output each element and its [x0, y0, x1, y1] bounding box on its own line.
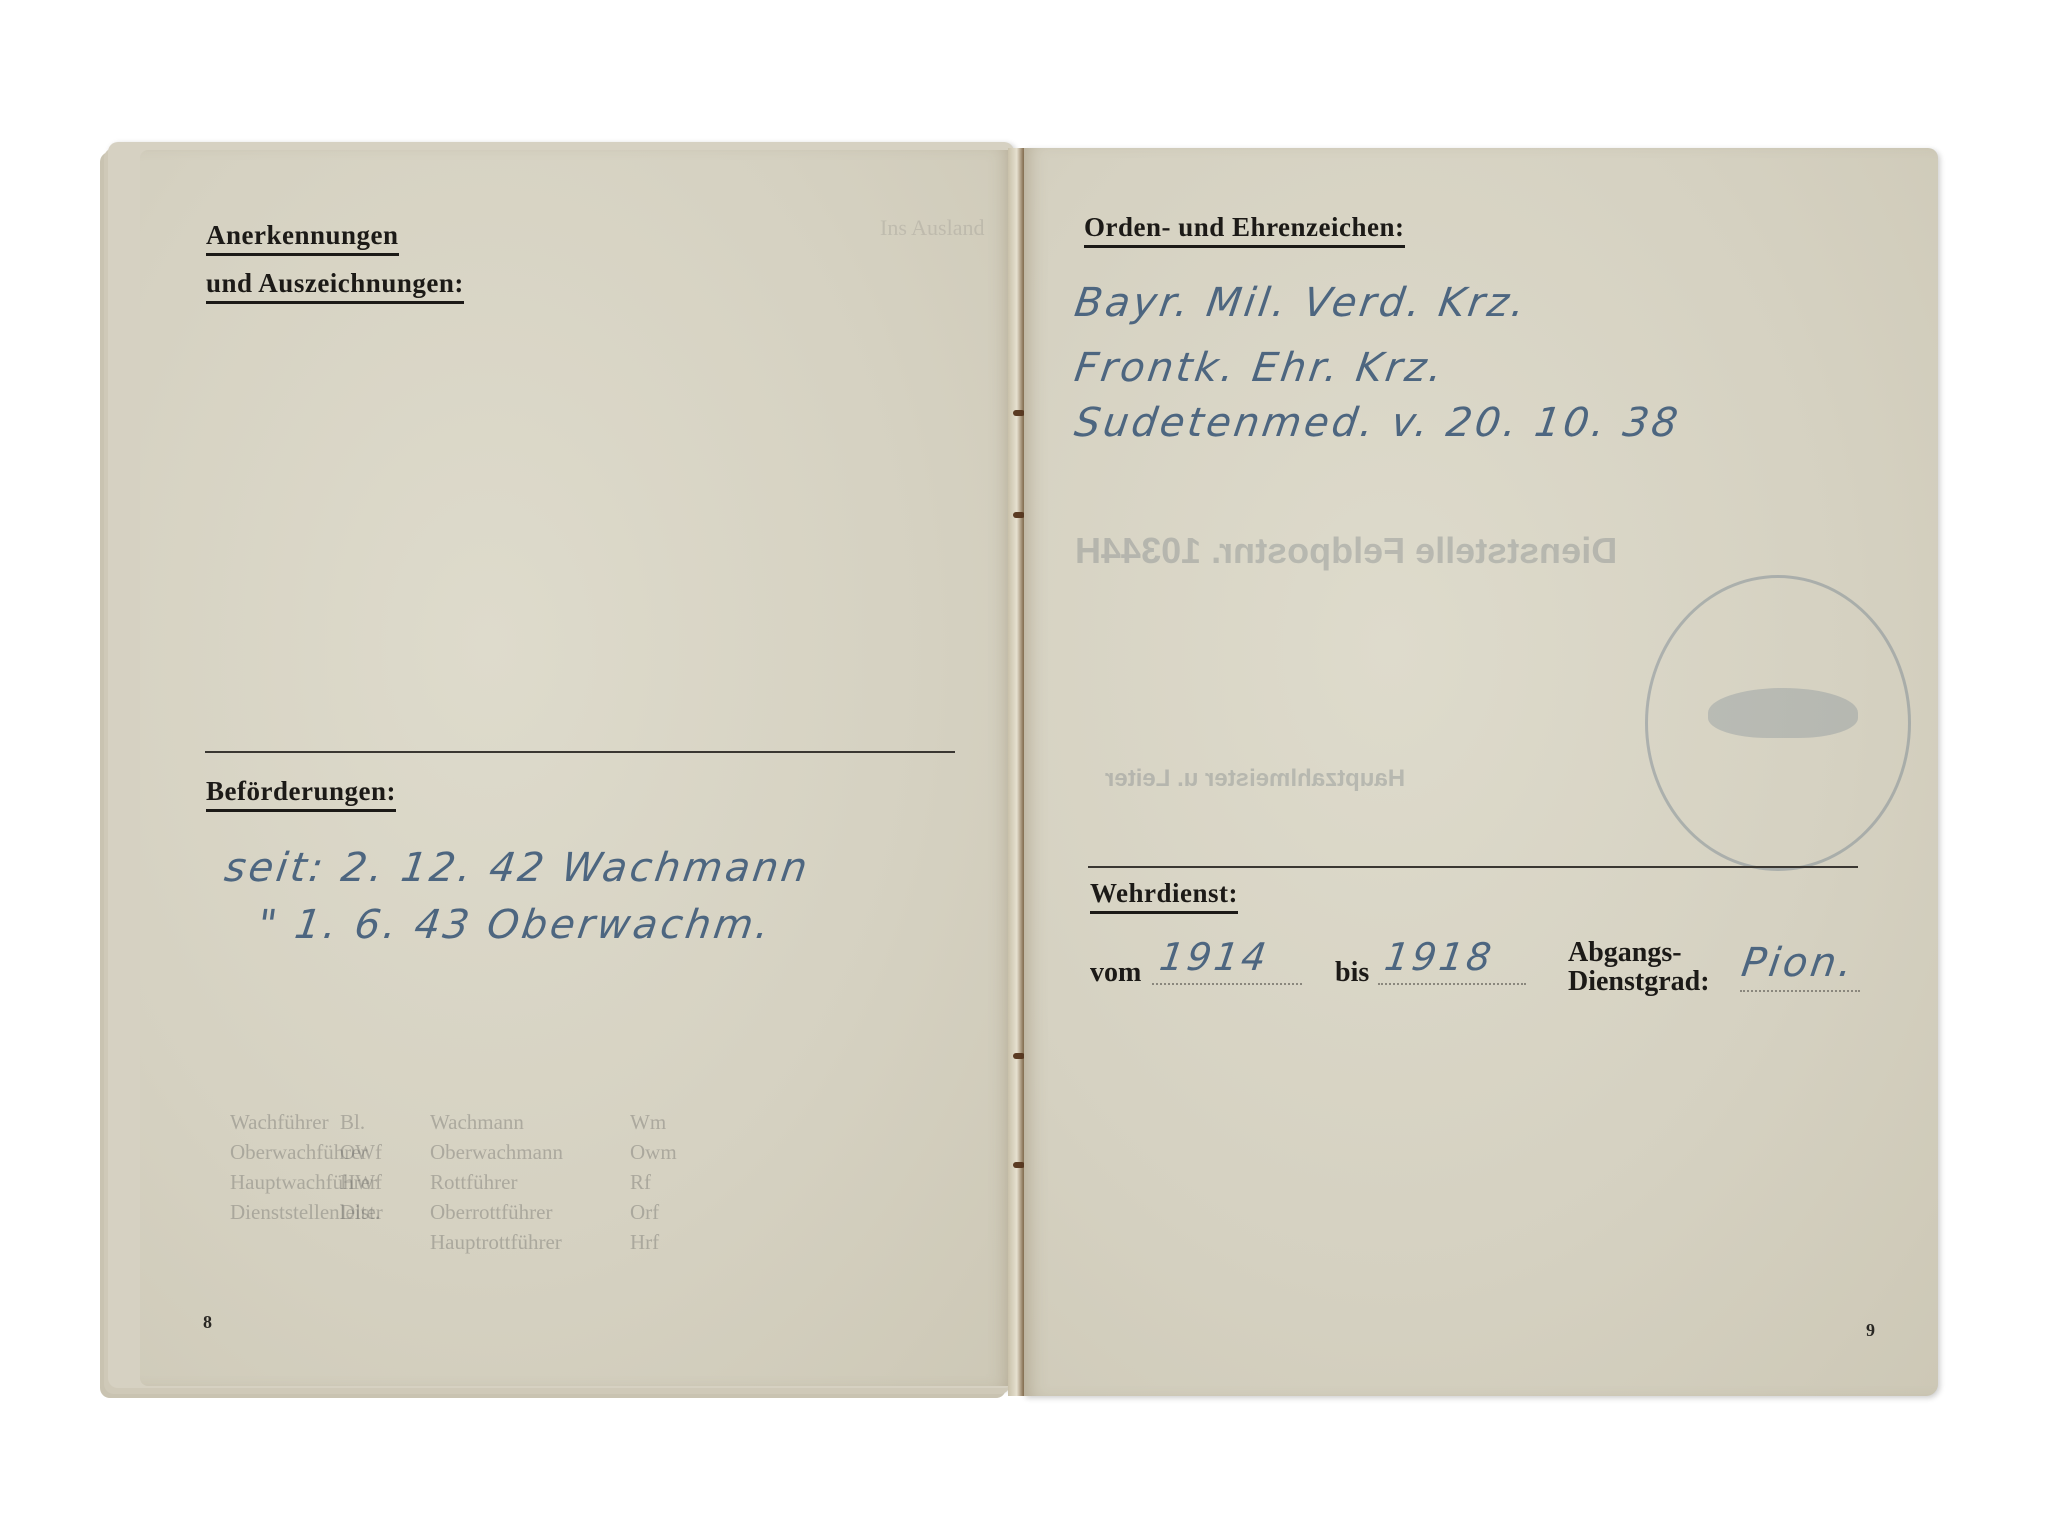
bleed-through-signature-title: Hauptzahlmeister u. Leiter: [1105, 765, 1405, 793]
service-heading-text: Wehrdienst:: [1090, 880, 1238, 914]
service-from-field: [1152, 983, 1302, 985]
awards-heading-line1: Anerkennungen: [206, 222, 399, 256]
awards-heading-2: und Auszeichnungen:: [206, 270, 464, 304]
service-from-value: 1914: [1157, 935, 1272, 979]
key-row: Hauptwachführer HWf Rottführer Rf: [230, 1170, 940, 1200]
page-number-left: 8: [203, 1312, 212, 1333]
service-to-label: bis: [1335, 958, 1369, 987]
service-from-label: vom: [1090, 958, 1141, 987]
key-row: Dienststellenleiter Dlst. Oberrottführer…: [230, 1200, 940, 1230]
page-number-right: 9: [1866, 1320, 1875, 1341]
section-divider: [205, 751, 955, 753]
orders-heading-text: Orden- und Ehrenzeichen:: [1084, 214, 1405, 248]
discharge-rank-field: [1740, 990, 1860, 992]
discharge-rank-label: Abgangs- Dienstgrad:: [1568, 938, 1710, 997]
section-divider: [1088, 866, 1858, 868]
orders-heading: Orden- und Ehrenzeichen:: [1084, 214, 1405, 248]
service-to-field: [1378, 983, 1526, 985]
open-booklet: Ins Ausland Anerkennungen und Auszeichnu…: [0, 0, 2048, 1536]
order-entry: Bayr. Mil. Verd. Krz.: [1072, 280, 1531, 326]
key-row: Wachführer Bl. Wachmann Wm: [230, 1110, 940, 1140]
awards-heading: Anerkennungen: [206, 222, 399, 256]
promotions-heading-text: Beförderungen:: [206, 778, 396, 812]
discharge-rank-value: Pion.: [1739, 940, 1858, 986]
key-row: Oberwachführer OWf Oberwachmann Owm: [230, 1140, 940, 1170]
eagle-emblem-icon: [1708, 688, 1858, 738]
promotions-heading: Beförderungen:: [206, 778, 396, 812]
rank-abbreviation-key: Wachführer Bl. Wachmann Wm Oberwachführe…: [230, 1110, 940, 1260]
bleed-through-unit-stamp: Dienststelle Feldpostnr. 10344H: [1075, 530, 1617, 572]
bleed-through-header: Ins Ausland: [880, 215, 985, 241]
promotion-entry: " 1. 6. 43 Oberwachm.: [255, 902, 775, 948]
order-entry: Sudetenmed. v. 20. 10. 38: [1072, 400, 1684, 446]
order-entry: Frontk. Ehr. Krz.: [1072, 345, 1448, 391]
service-to-value: 1918: [1382, 935, 1497, 979]
service-heading: Wehrdienst:: [1090, 880, 1238, 914]
awards-heading-line2: und Auszeichnungen:: [206, 270, 464, 304]
promotion-entry: seit: 2. 12. 42 Wachmann: [222, 845, 813, 891]
eagle-stamp-icon: [1645, 575, 1911, 871]
key-row: Hauptrottführer Hrf: [230, 1230, 940, 1260]
